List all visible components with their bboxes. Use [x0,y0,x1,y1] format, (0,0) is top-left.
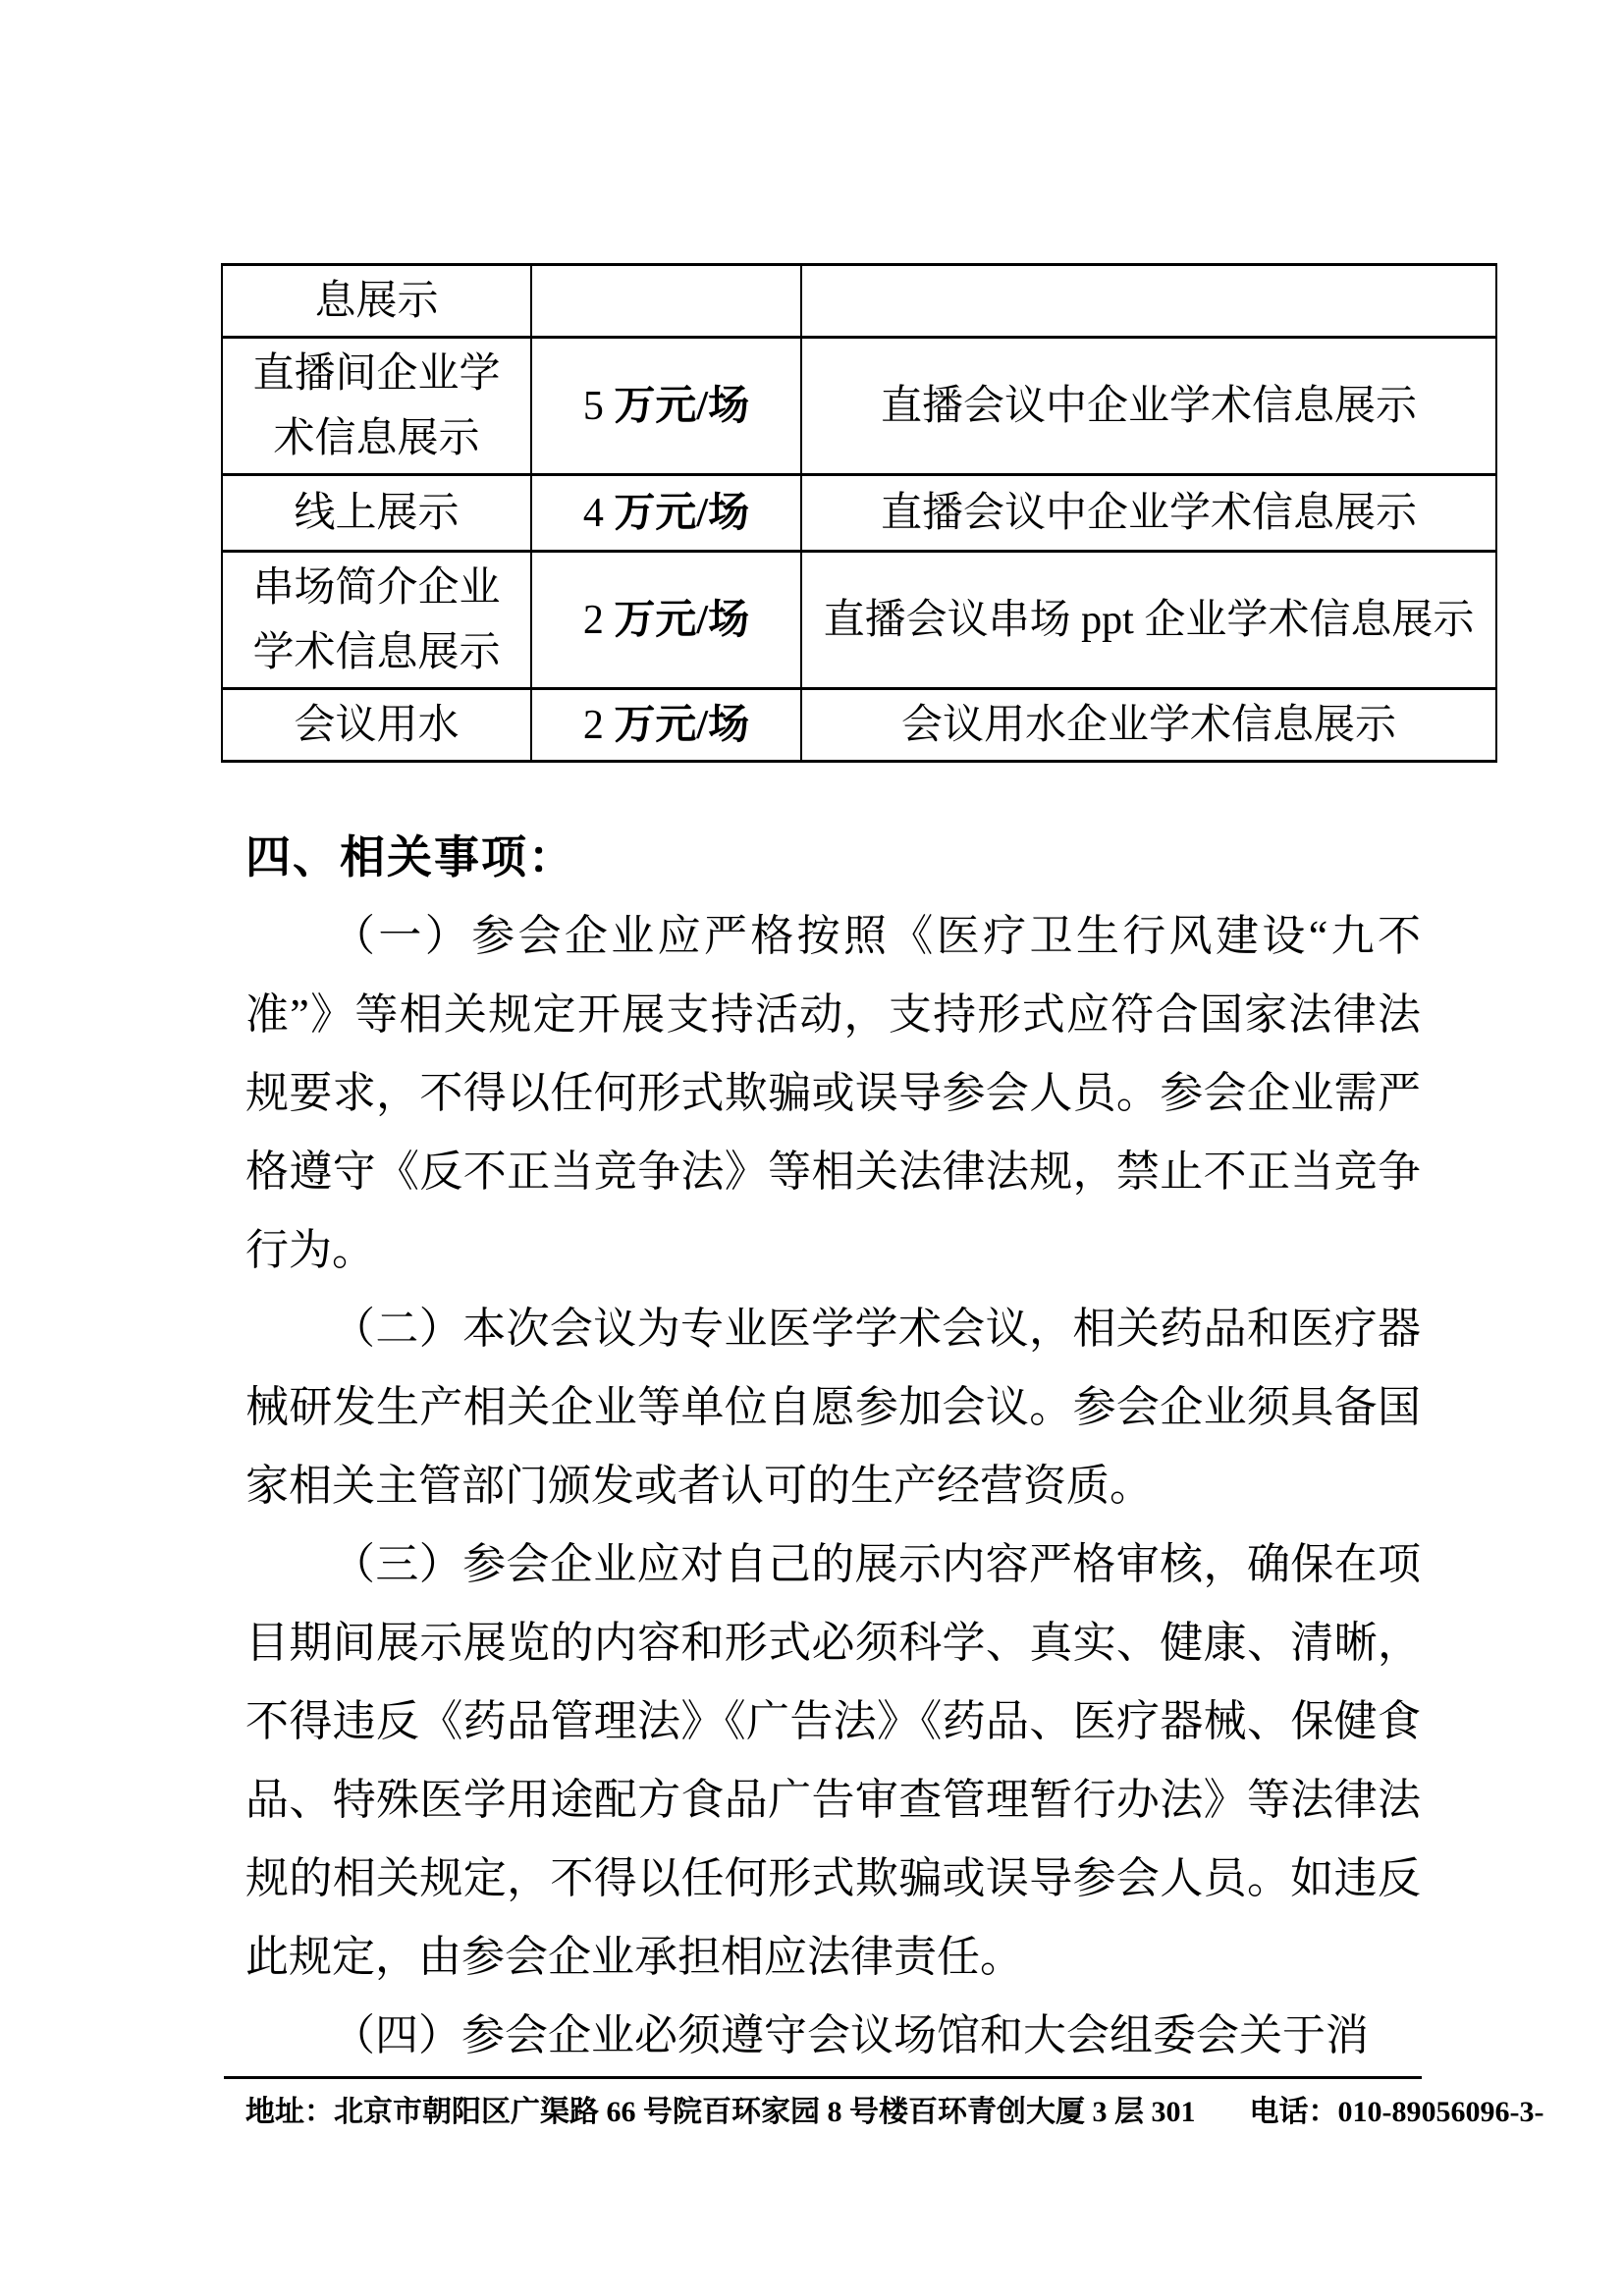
table-cell-desc: 直播会议中企业学术信息展示 [801,475,1496,552]
table-cell-item: 直播间企业学术信息展示 [222,338,531,475]
table-row: 串场简介企业学术信息展示 2万元/场 直播会议串场 ppt 企业学术信息展示 [222,552,1496,689]
address-value: 北京市朝阳区广渠路 66 号院百环家园 8 号楼百环青创大厦 3 层 301 [334,2096,1196,2128]
price-unit: 万元/场 [614,384,749,429]
price-number: 5 [583,384,604,429]
table-row: 直播间企业学术信息展示 5万元/场 直播会议中企业学术信息展示 [222,338,1496,475]
fee-table: 息展示 直播间企业学术信息展示 5万元/场 直播会议中企业学术信息展示 线上展示… [221,263,1435,763]
table-cell-item: 会议用水 [222,689,531,762]
price-number: 4 [583,491,604,536]
table-row: 息展示 [222,265,1496,338]
paragraph-3: （三）参会企业应对自己的展示内容严格审核，确保在项目期间展示展览的内容和形式必须… [245,1525,1421,1997]
phone-value: 010-89056096 [1338,2096,1510,2128]
footer-phone: 电话：010-89056096 [1250,2091,1510,2134]
section-heading: 四、相关事项： [245,817,1421,897]
table-cell-price: 2万元/场 [531,689,801,762]
price-number: 2 [583,598,604,643]
footer-address: 地址：北京市朝阳区广渠路 66 号院百环家园 8 号楼百环青创大厦 3 层 30… [245,2091,1196,2134]
price-unit: 万元/场 [614,598,749,643]
address-label: 地址： [245,2096,334,2128]
table-cell-item: 串场简介企业学术信息展示 [222,552,531,689]
table-cell-desc: 会议用水企业学术信息展示 [801,689,1496,762]
table-cell-item: 息展示 [222,265,531,338]
table-cell-desc [801,265,1496,338]
paragraph-4: （四）参会企业必须遵守会议场馆和大会组委会关于消 [245,1997,1421,2075]
table-row: 会议用水 2万元/场 会议用水企业学术信息展示 [222,689,1496,762]
paragraph-2: （二）本次会议为专业医学学术会议，相关药品和医疗器械研发生产相关企业等单位自愿参… [245,1290,1421,1525]
document-page: 息展示 直播间企业学术信息展示 5万元/场 直播会议中企业学术信息展示 线上展示… [0,0,1624,2296]
page-footer: 地址：北京市朝阳区广渠路 66 号院百环家园 8 号楼百环青创大厦 3 层 30… [245,2091,1421,2134]
table-cell-price: 5万元/场 [531,338,801,475]
table-cell-price: 2万元/场 [531,552,801,689]
table-cell-item: 线上展示 [222,475,531,552]
price-unit: 万元/场 [614,703,749,748]
table-cell-price [531,265,801,338]
table-cell-desc: 直播会议中企业学术信息展示 [801,338,1496,475]
body-text: 四、相关事项： （一）参会企业应严格按照《医疗卫生行风建设“九不准”》等相关规定… [245,817,1421,2075]
page-number: -3- [1510,2091,1544,2134]
phone-label: 电话： [1250,2096,1338,2128]
table-cell-desc: 直播会议串场 ppt 企业学术信息展示 [801,552,1496,689]
table-cell-price: 4万元/场 [531,475,801,552]
price-unit: 万元/场 [614,491,749,536]
price-number: 2 [583,703,604,748]
footer-divider [224,2076,1422,2079]
table-row: 线上展示 4万元/场 直播会议中企业学术信息展示 [222,475,1496,552]
paragraph-1: （一）参会企业应严格按照《医疗卫生行风建设“九不准”》等相关规定开展支持活动，支… [245,897,1421,1290]
